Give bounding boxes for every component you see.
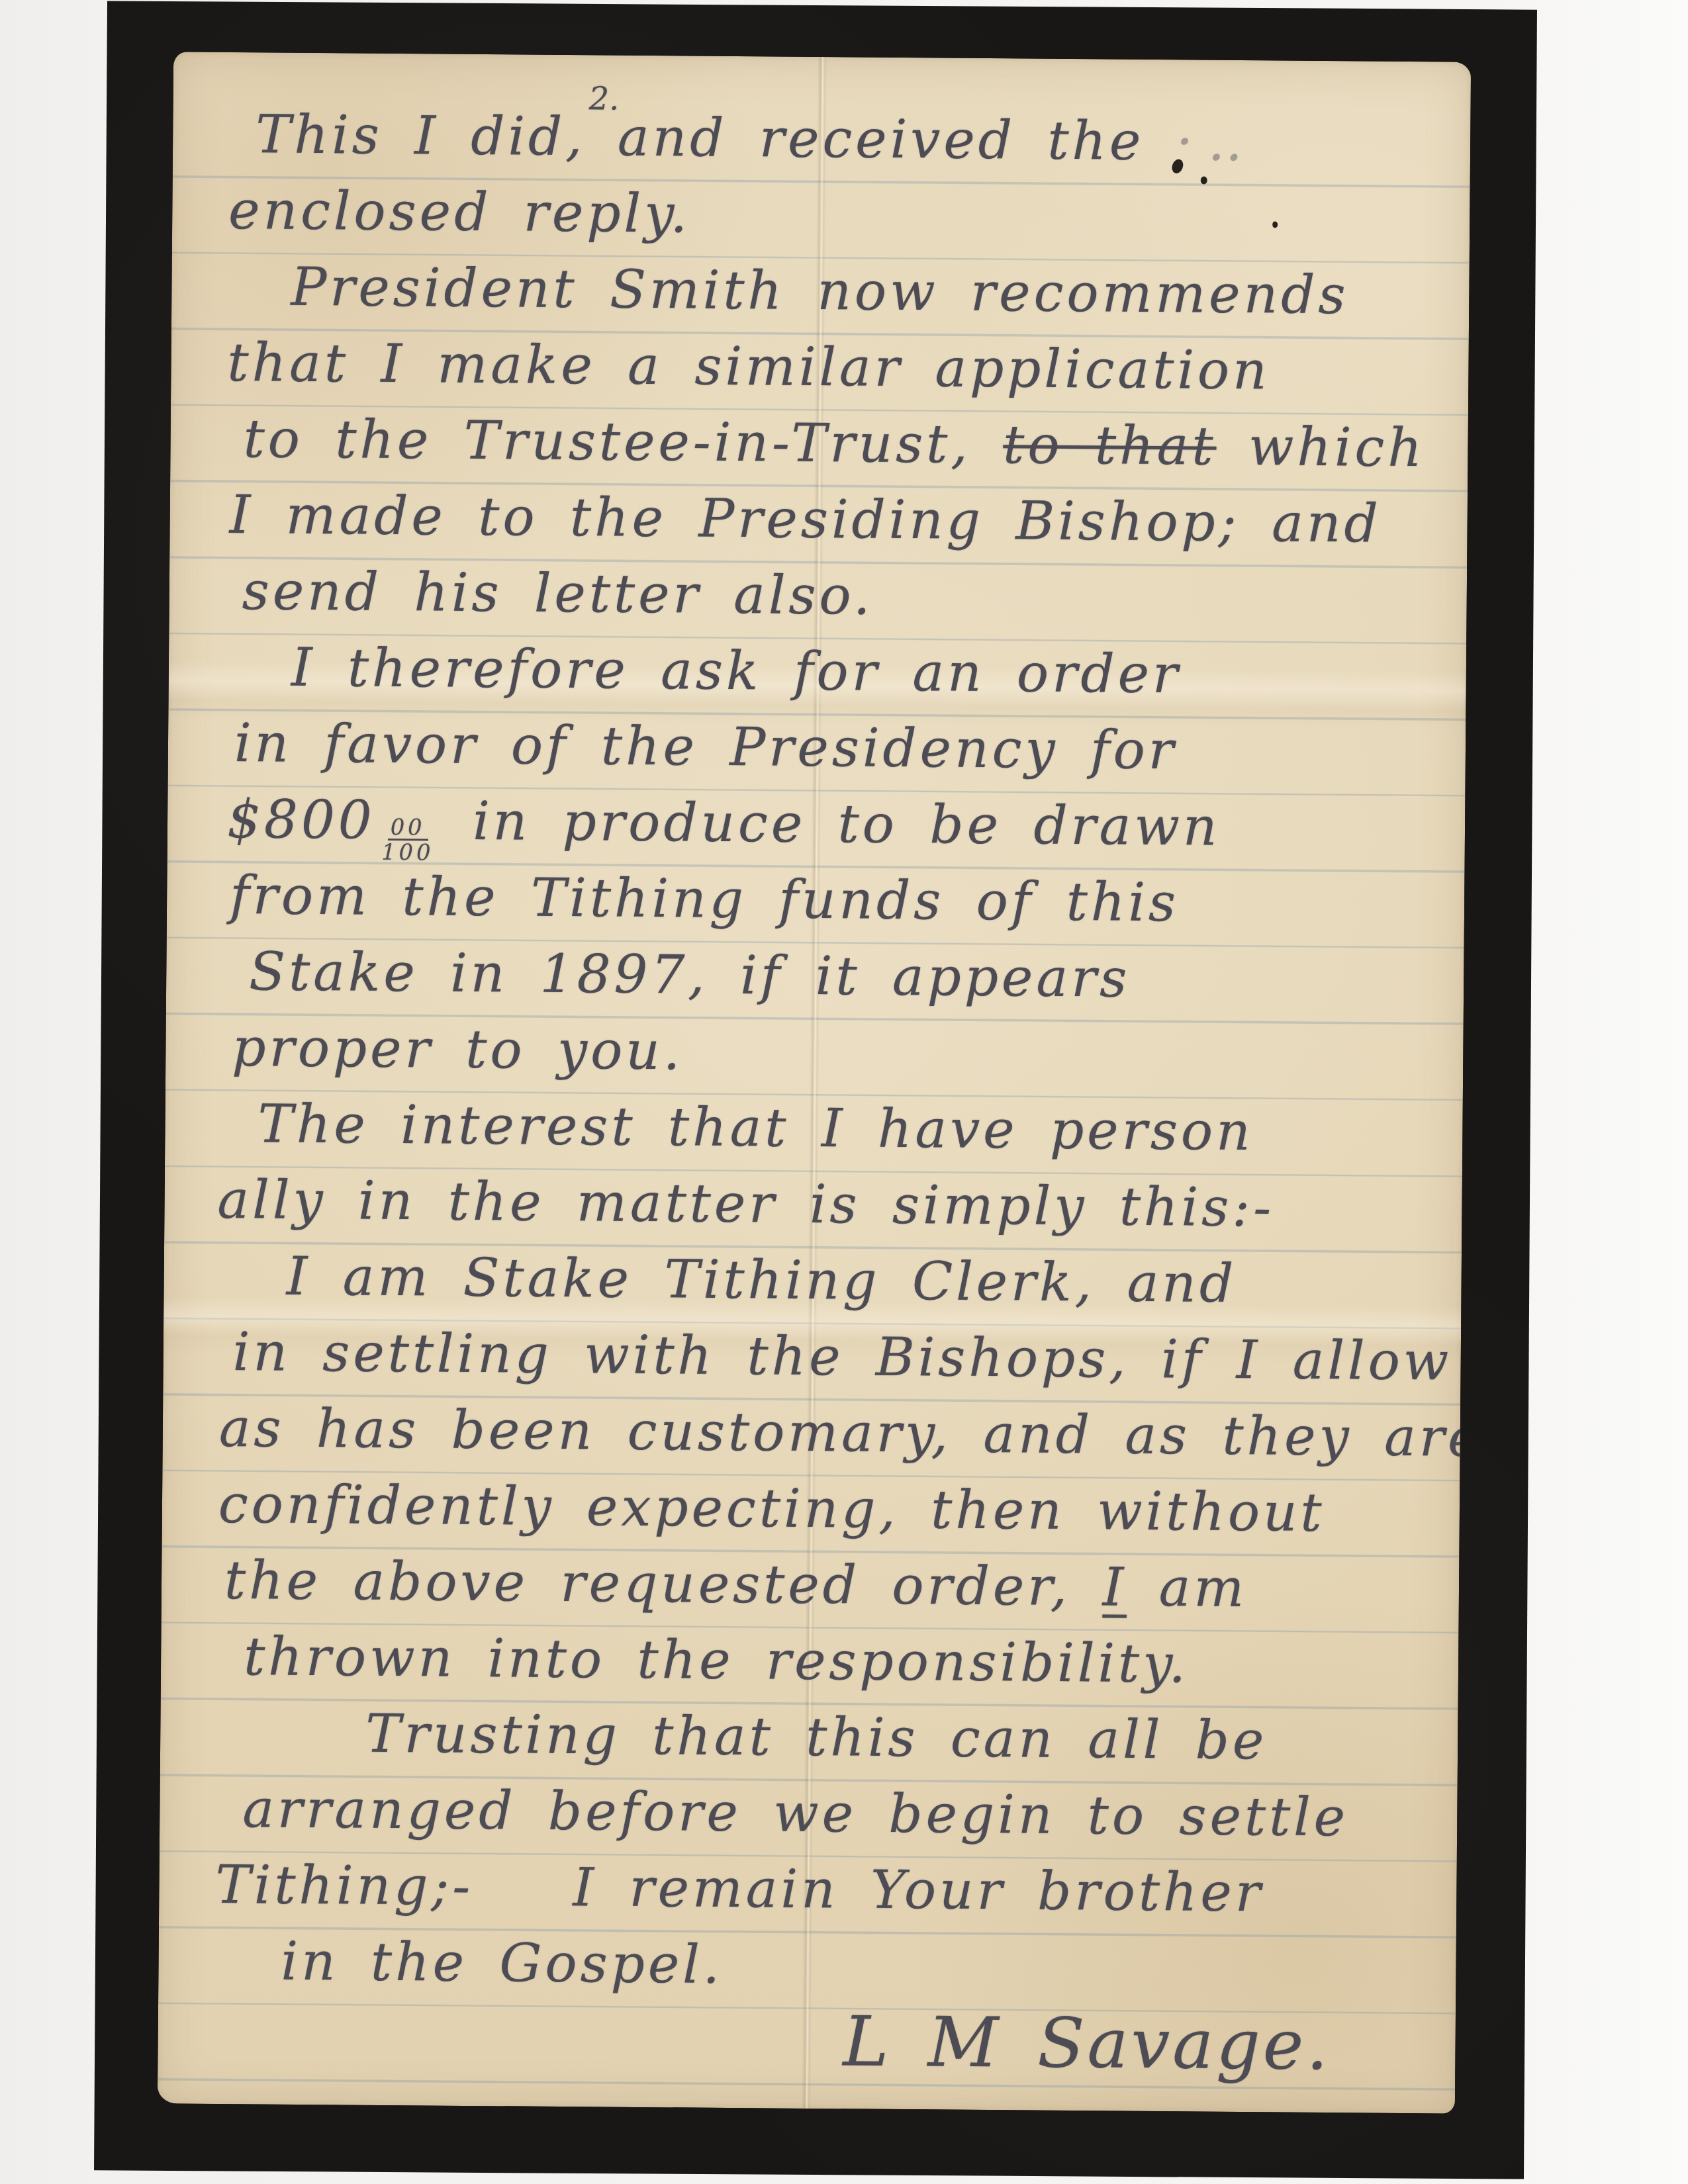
text-segment: I remain Your brother [573,1856,1264,1923]
text-segment: in the Gospel. [281,1931,723,1995]
handwritten-line: Stake in 1897, if it appears [166,933,1464,1019]
text-segment: $800 [227,788,375,851]
text-segment: send his letter also. [242,560,874,626]
handwritten-line: I therefore ask for an order [168,628,1466,714]
handwritten-line: This I did, and received the ·‥ [173,95,1471,181]
text-segment: as has been customary, and as they are [219,1397,1472,1469]
text-segment: am [1127,1557,1248,1619]
handwritten-line: ally in the matter is simply this:- [164,1161,1462,1247]
handwritten-line: I made to the Presiding Bishop; and [169,476,1468,562]
text-segment: I [1102,1556,1127,1617]
handwritten-line: arranged before we begin to settle [160,1770,1458,1856]
text-segment: Tithing;- [215,1854,474,1917]
text-segment: I therefore ask for an order [291,637,1182,705]
text-segment: Trusting that this can all be [365,1703,1268,1772]
text-segment: to that [1003,414,1217,477]
handwritten-line: Tithing;-I remain Your brother [159,1846,1457,1932]
text-segment: ally in the matter is simply this:- [217,1169,1274,1239]
text-segment: I made to the Presiding Bishop; and [229,484,1382,555]
text-segment: Stake in 1897, if it appears [249,940,1131,1009]
text-segment: This I did, and received the [256,103,1176,172]
text-segment: ·‥ [1176,111,1258,173]
handwritten-line: L M Savage. [158,1998,1456,2084]
text-segment: to the Trustee-in-Trust, [243,408,1003,475]
signature: L M Savage. [843,2001,1331,2085]
handwritten-line: the above requested order, I am [162,1541,1460,1627]
handwritten-line: in favor of the Presidency for [168,704,1466,790]
handwritten-line: in settling with the Bishops, if I allow [163,1313,1461,1399]
text-layer: This I did, and received the ·‥enclosed … [158,95,1470,2084]
text-segment: in favor of the Presidency for [234,712,1178,781]
text-segment: The interest that I have person [258,1093,1254,1162]
handwritten-line: proper to you. [165,1009,1464,1095]
text-segment: in settling with the Bishops, if I allow [232,1321,1452,1392]
handwritten-line: confidently expecting, then without [162,1465,1460,1551]
handwritten-line: I am Stake Tithing Clerk, and [164,1237,1462,1323]
text-segment: arranged before we begin to settle [242,1778,1349,1848]
letter-paper: 2. This I did, and received the ·‥enclos… [158,52,1471,2113]
text-segment: I am Stake Tithing Clerk, and [286,1246,1237,1314]
handwritten-line: that I make a similar application [171,324,1469,410]
handwritten-line: send his letter also. [169,552,1467,638]
handwritten-line: President Smith now recommends [171,248,1470,334]
handwritten-line: as has been customary, and as they are [162,1389,1460,1475]
text-segment: in produce to be drawn [440,790,1220,858]
scanned-letter-photo: 2. This I did, and received the ·‥enclos… [0,0,1688,2184]
handwritten-line: $80000100 in produce to be drawn [167,780,1466,866]
handwritten-line: from the Tithing funds of this [167,856,1465,942]
handwritten-line: The interest that I have person [165,1085,1463,1171]
handwritten-line: to the Trustee-in-Trust, to that which [170,400,1468,486]
text-segment: from the Tithing funds of this [230,864,1180,933]
text-segment: which [1216,416,1425,478]
handwritten-line: in the Gospel. [158,1922,1456,2008]
text-segment: proper to you. [232,1017,684,1081]
handwritten-line: Trusting that this can all be [160,1694,1458,1780]
text-segment: confidently expecting, then without [218,1473,1325,1543]
amount-fraction: 00100 [380,815,436,864]
handwritten-line: enclosed reply. [172,171,1470,257]
handwritten-line: thrown into the responsibility. [161,1617,1459,1704]
text-segment: the above requested order, [224,1549,1103,1617]
text-segment: enclosed reply. [228,179,691,244]
text-segment: that I make a similar application [227,332,1270,401]
text-segment: President Smith now recommends [291,256,1349,326]
text-segment: thrown into the responsibility. [244,1625,1190,1694]
